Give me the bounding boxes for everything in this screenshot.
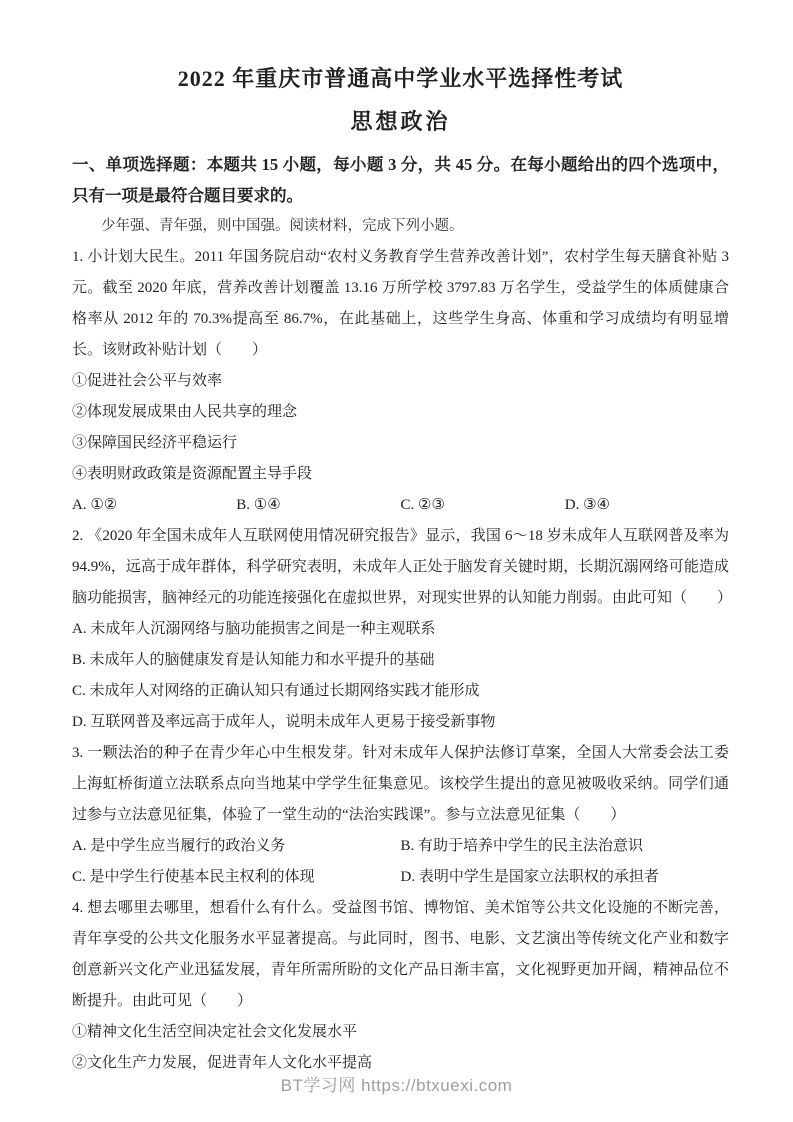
- question-2: 2. 《2020 年全国未成年人互联网使用情况研究报告》显示，我国 6～18 岁…: [72, 521, 729, 738]
- question-3-option-c: C. 是中学生行使基本民主权利的体现: [72, 862, 401, 893]
- question-3-option-b: B. 有助于培养中学生的民主法治意识: [401, 831, 730, 862]
- question-3-stem: 3. 一颗法治的种子在青少年心中生根发芽。针对未成年人保护法修订草案，全国人大常…: [72, 738, 729, 831]
- question-1-statement-1: ①促进社会公平与效率: [72, 366, 729, 397]
- question-3: 3. 一颗法治的种子在青少年心中生根发芽。针对未成年人保护法修订草案，全国人大常…: [72, 738, 729, 893]
- exam-document: 2022 年重庆市普通高中学业水平选择性考试 思想政治 一、单项选择题：本题共 …: [0, 0, 793, 1122]
- question-2-option-d: D. 互联网普及率远高于成年人，说明未成年人更易于接受新事物: [72, 707, 729, 738]
- question-2-option-a: A. 未成年人沉溺网络与脑功能损害之间是一种主观联系: [72, 614, 729, 645]
- question-1-option-d: D. ③④: [565, 490, 729, 521]
- question-1-option-a: A. ①②: [72, 490, 236, 521]
- question-3-option-d: D. 表明中学生是国家立法职权的承担者: [401, 862, 730, 893]
- question-1-statement-3: ③保障国民经济平稳运行: [72, 428, 729, 459]
- question-2-stem: 2. 《2020 年全国未成年人互联网使用情况研究报告》显示，我国 6～18 岁…: [72, 521, 729, 614]
- question-1-statement-4: ④表明财政政策是资源配置主导手段: [72, 459, 729, 490]
- question-3-options-row-1: A. 是中学生应当履行的政治义务 B. 有助于培养中学生的民主法治意识: [72, 831, 729, 862]
- question-1-stem: 1. 小计划大民生。2011 年国务院启动“农村义务教育学生营养改善计划”，农村…: [72, 242, 729, 366]
- question-4-statement-1: ①精神文化生活空间决定社会文化发展水平: [72, 1017, 729, 1048]
- exam-subject: 思想政治: [72, 107, 729, 137]
- question-3-options-row-2: C. 是中学生行使基本民主权利的体现 D. 表明中学生是国家立法职权的承担者: [72, 862, 729, 893]
- question-4-stem: 4. 想去哪里去哪里，想看什么有什么。受益图书馆、博物馆、美术馆等公共文化设施的…: [72, 893, 729, 1017]
- question-3-option-a: A. 是中学生应当履行的政治义务: [72, 831, 401, 862]
- question-1-option-b: B. ①④: [236, 490, 400, 521]
- question-2-option-c: C. 未成年人对网络的正确认知只有通过长期网络实践才能形成: [72, 676, 729, 707]
- section-instructions: 一、单项选择题：本题共 15 小题，每小题 3 分，共 45 分。在每小题给出的…: [72, 149, 729, 211]
- question-4: 4. 想去哪里去哪里，想看什么有什么。受益图书馆、博物馆、美术馆等公共文化设施的…: [72, 893, 729, 1079]
- intro-note: 少年强、青年强，则中国强。阅读材料，完成下列小题。: [72, 211, 729, 242]
- question-1-option-c: C. ②③: [401, 490, 565, 521]
- exam-title: 2022 年重庆市普通高中学业水平选择性考试: [72, 64, 729, 94]
- question-2-option-b: B. 未成年人的脑健康发育是认知能力和水平提升的基础: [72, 645, 729, 676]
- watermark-footer: BT学习网 https://btxuexi.com: [0, 1071, 793, 1096]
- question-1: 1. 小计划大民生。2011 年国务院启动“农村义务教育学生营养改善计划”，农村…: [72, 242, 729, 521]
- question-1-statement-2: ②体现发展成果由人民共享的理念: [72, 397, 729, 428]
- question-1-options: A. ①② B. ①④ C. ②③ D. ③④: [72, 490, 729, 521]
